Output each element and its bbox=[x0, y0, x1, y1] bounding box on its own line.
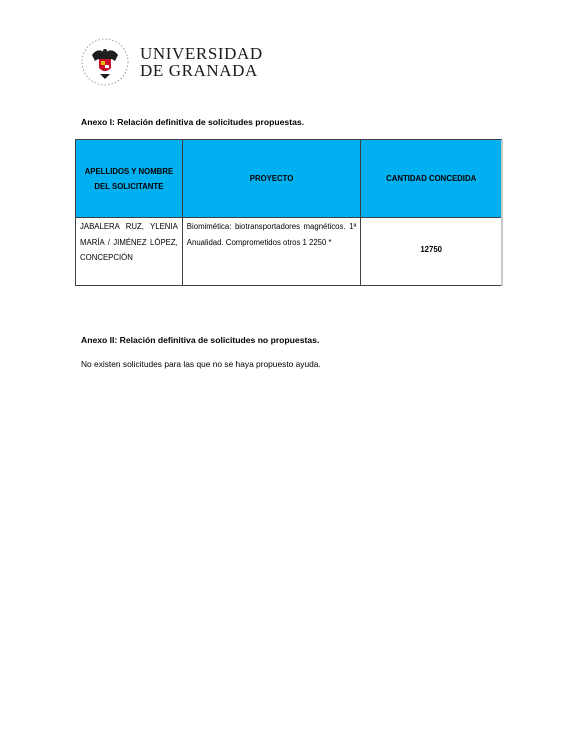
column-header-cantidad: CANTIDAD CONCEDIDA bbox=[361, 140, 502, 218]
university-seal-icon bbox=[80, 37, 130, 87]
table-header-row: APELLIDOS Y NOMBRE DEL SOLICITANTE PROYE… bbox=[76, 140, 502, 218]
cell-cantidad: 12750 bbox=[361, 218, 502, 286]
annex1-title: Anexo I: Relación definitiva de solicitu… bbox=[81, 117, 304, 127]
table-row: JABALERA RUZ, YLENIA MARÍA / JIMÉNEZ LÓP… bbox=[76, 218, 502, 286]
annex2-title: Anexo II: Relación definitiva de solicit… bbox=[81, 335, 319, 345]
proposed-requests-table: APELLIDOS Y NOMBRE DEL SOLICITANTE PROYE… bbox=[75, 139, 502, 286]
institution-line1: UNIVERSIDAD bbox=[140, 45, 263, 62]
table-shadow bbox=[501, 140, 503, 286]
institution-line2: DE GRANADA bbox=[140, 62, 263, 79]
university-logo: UNIVERSIDAD DE GRANADA bbox=[80, 37, 263, 87]
institution-name: UNIVERSIDAD DE GRANADA bbox=[140, 45, 263, 79]
cell-proyecto: Biomimética: biotransportadores magnétic… bbox=[182, 218, 361, 286]
annex2-text: No existen solicitudes para las que no s… bbox=[81, 359, 321, 369]
column-header-solicitante: APELLIDOS Y NOMBRE DEL SOLICITANTE bbox=[76, 140, 183, 218]
cell-solicitante: JABALERA RUZ, YLENIA MARÍA / JIMÉNEZ LÓP… bbox=[76, 218, 183, 286]
column-header-proyecto: PROYECTO bbox=[182, 140, 361, 218]
